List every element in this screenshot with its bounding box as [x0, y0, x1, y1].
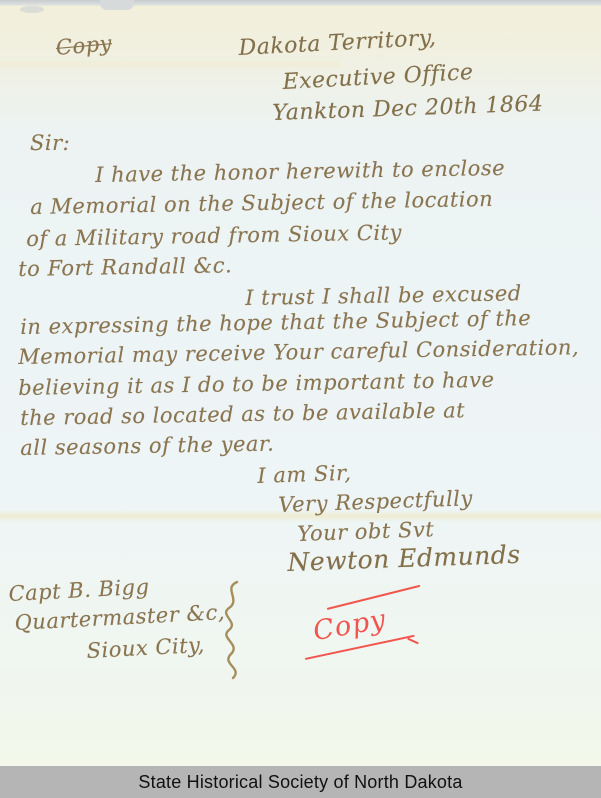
body-line: the road so located as to be available a… [20, 398, 465, 430]
scanned-letter-page: Copy Dakota Territory, Executive Office … [0, 0, 601, 798]
copy-stamp: Copy [303, 584, 425, 668]
body-line: I have the honor herewith to enclose [95, 156, 505, 187]
body-line: all seasons of the year. [20, 432, 275, 460]
heading-territory: Dakota Territory, [238, 26, 437, 61]
signature: Newton Edmunds [287, 540, 521, 577]
closing-line: Your obt Svt [297, 517, 435, 546]
body-line: Memorial may receive Your careful Consid… [18, 335, 579, 369]
scan-edge-bump [100, 0, 134, 10]
brace-mark [203, 578, 251, 682]
copy-stamp-arrow-hook [407, 638, 419, 645]
archive-caption: State Historical Society of North Dakota [138, 772, 462, 793]
body-line: believing it as I do to be important to … [18, 368, 495, 400]
salutation: Sir: [30, 131, 70, 155]
body-line: to Fort Randall &c. [18, 253, 232, 281]
footer-bar: State Historical Society of North Dakota [0, 766, 601, 798]
scan-smudge [20, 6, 44, 13]
address-line: Quartermaster &c, [14, 600, 226, 635]
body-line: I trust I shall be excused [245, 281, 522, 310]
address-line: Capt B. Bigg [8, 575, 150, 606]
body-line: a Memorial on the Subject of the locatio… [30, 187, 493, 219]
copy-stamp-text: Copy [311, 604, 389, 647]
address-line: Sioux City, [86, 633, 205, 663]
scan-edge-strip [0, 0, 601, 6]
body-line: in expressing the hope that the Subject … [20, 306, 531, 339]
paper-fold-line [0, 58, 340, 70]
copy-annotation: Copy [55, 31, 113, 60]
closing-line: I am Sir, [257, 461, 352, 488]
body-line: of a Military road from Sioux City [26, 220, 402, 251]
heading-dateline: Yankton Dec 20th 1864 [272, 92, 544, 126]
